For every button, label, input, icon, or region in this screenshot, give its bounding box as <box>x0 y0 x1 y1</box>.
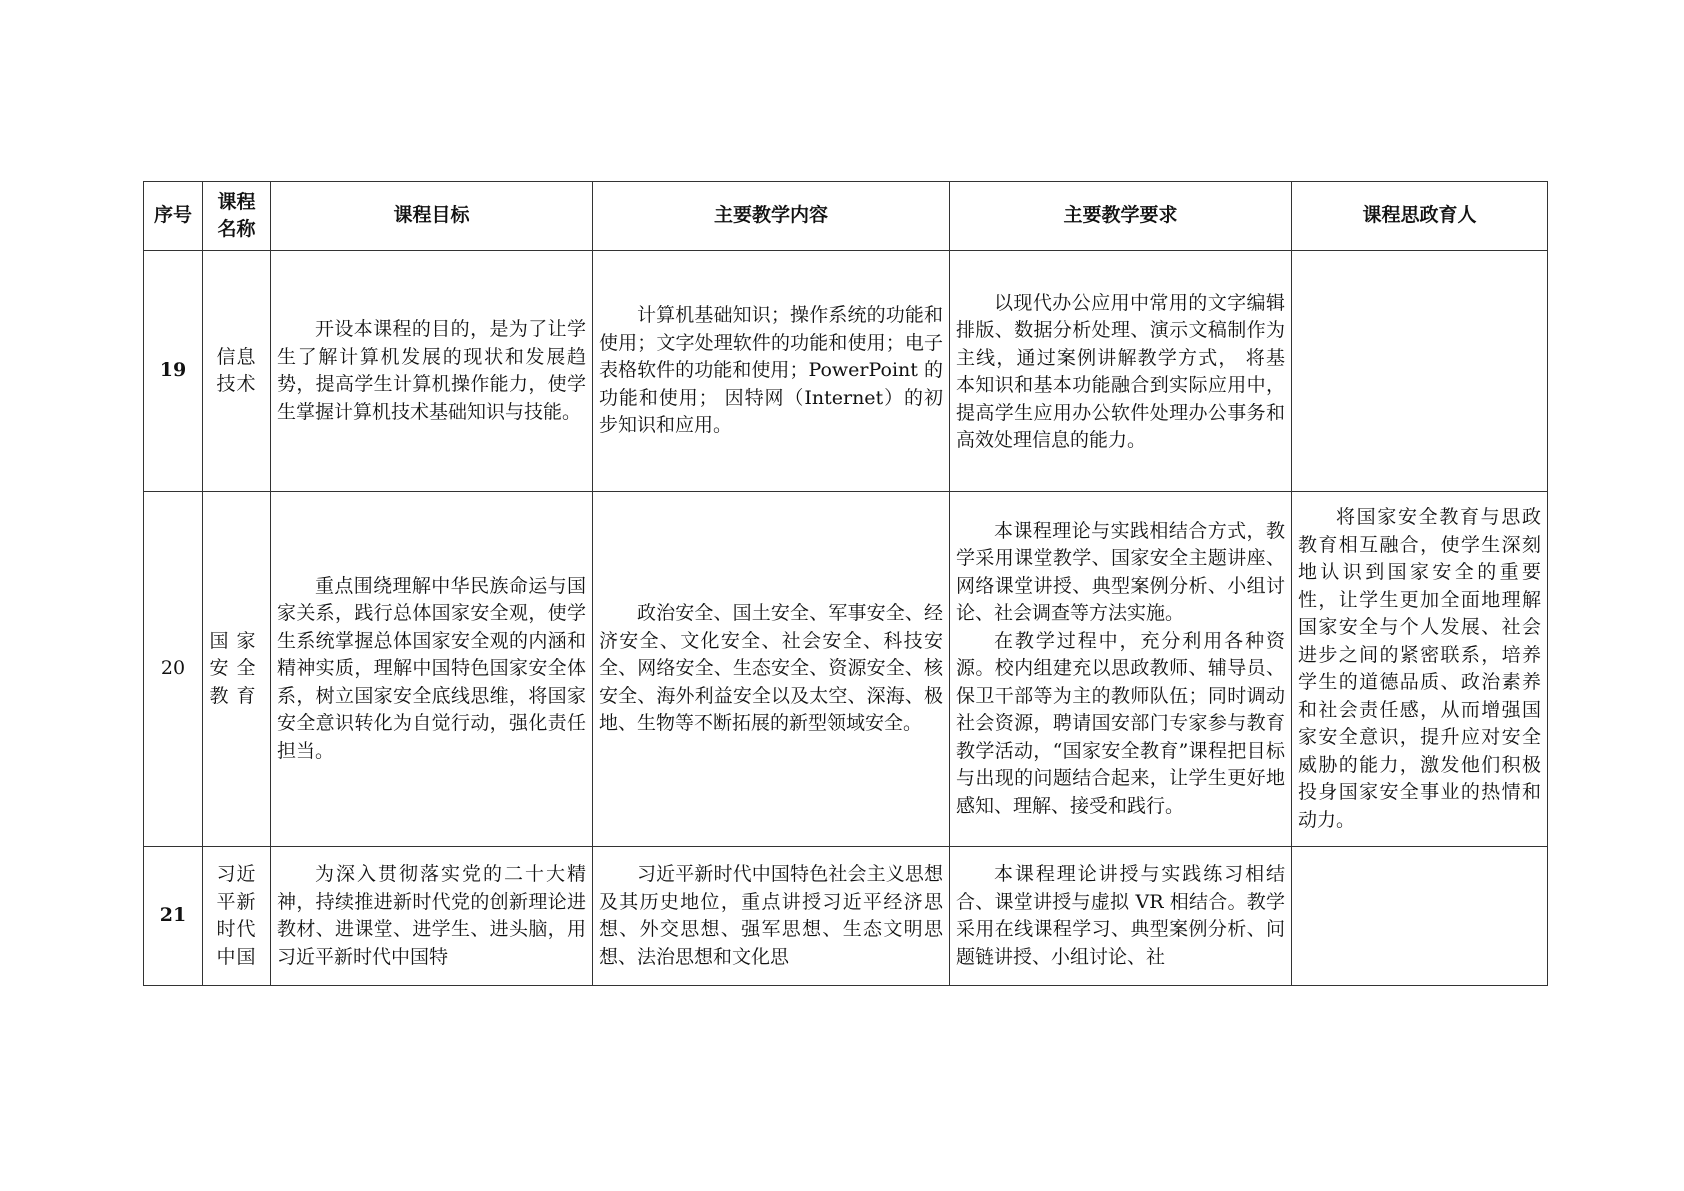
header-ideology: 课程思政育人 <box>1292 182 1548 251</box>
document-page: 序号 课程名称 课程目标 主要教学内容 主要教学要求 课程思政育人 19 信息技… <box>0 0 1684 1191</box>
course-requirements-text: 在教学过程中，充分利用各种资源。校内组建充以思政教师、辅导员、保卫干部等为主的教… <box>956 628 1285 821</box>
course-requirements: 本课程理论与实践相结合方式，教学采用课堂教学、国家安全主题讲座、网络课堂讲授、典… <box>950 492 1292 847</box>
course-goal: 重点围绕理解中华民族命运与国家关系，践行总体国家安全观，使学生系统掌握总体国家安… <box>271 492 593 847</box>
header-goal: 课程目标 <box>271 182 593 251</box>
header-course-name: 课程名称 <box>203 182 271 251</box>
row-index: 19 <box>144 251 203 492</box>
course-ideology <box>1292 847 1548 986</box>
course-content: 计算机基础知识；操作系统的功能和使用；文字处理软件的功能和使用；电子表格软件的功… <box>593 251 950 492</box>
course-name: 习近平新时代中国 <box>203 847 271 986</box>
row-index: 21 <box>144 847 203 986</box>
course-goal: 为深入贯彻落实党的二十大精神，持续推进新时代党的创新理论进教材、进课堂、进学生、… <box>271 847 593 986</box>
course-table: 序号 课程名称 课程目标 主要教学内容 主要教学要求 课程思政育人 19 信息技… <box>143 181 1548 986</box>
course-goal: 开设本课程的目的，是为了让学生了解计算机发展的现状和发展趋势，提高学生计算机操作… <box>271 251 593 492</box>
course-content: 政治安全、国土安全、军事安全、经济安全、文化安全、社会安全、科技安全、网络安全、… <box>593 492 950 847</box>
course-requirements: 本课程理论讲授与实践练习相结合、课堂讲授与虚拟 VR 相结合。教学采用在线课程学… <box>950 847 1292 986</box>
table-row: 21 习近平新时代中国 为深入贯彻落实党的二十大精神，持续推进新时代党的创新理论… <box>144 847 1548 986</box>
course-name: 国家安全教育 <box>203 492 271 847</box>
course-ideology: 将国家安全教育与思政教育相互融合，使学生深刻地认识到国家安全的重要性，让学生更加… <box>1292 492 1548 847</box>
course-ideology-text: 将国家安全教育与思政教育相互融合，使学生深刻地认识到国家安全的重要性，让学生更加… <box>1298 504 1541 834</box>
course-goal-text: 开设本课程的目的，是为了让学生了解计算机发展的现状和发展趋势，提高学生计算机操作… <box>277 316 586 426</box>
header-index: 序号 <box>144 182 203 251</box>
table-row: 20 国家安全教育 重点围绕理解中华民族命运与国家关系，践行总体国家安全观，使学… <box>144 492 1548 847</box>
header-requirements: 主要教学要求 <box>950 182 1292 251</box>
table-row: 19 信息技术 开设本课程的目的，是为了让学生了解计算机发展的现状和发展趋势，提… <box>144 251 1548 492</box>
course-content-text: 政治安全、国土安全、军事安全、经济安全、文化安全、社会安全、科技安全、网络安全、… <box>599 600 943 738</box>
course-ideology <box>1292 251 1548 492</box>
course-requirements-text: 本课程理论与实践相结合方式，教学采用课堂教学、国家安全主题讲座、网络课堂讲授、典… <box>956 518 1285 628</box>
table-header-row: 序号 课程名称 课程目标 主要教学内容 主要教学要求 课程思政育人 <box>144 182 1548 251</box>
header-content: 主要教学内容 <box>593 182 950 251</box>
course-name: 信息技术 <box>203 251 271 492</box>
course-goal-text: 为深入贯彻落实党的二十大精神，持续推进新时代党的创新理论进教材、进课堂、进学生、… <box>277 861 586 971</box>
course-requirements-text: 本课程理论讲授与实践练习相结合、课堂讲授与虚拟 VR 相结合。教学采用在线课程学… <box>956 861 1285 971</box>
course-content-text: 计算机基础知识；操作系统的功能和使用；文字处理软件的功能和使用；电子表格软件的功… <box>599 302 943 440</box>
course-goal-text: 重点围绕理解中华民族命运与国家关系，践行总体国家安全观，使学生系统掌握总体国家安… <box>277 573 586 766</box>
course-requirements-text: 以现代办公应用中常用的文字编辑排版、数据分析处理、演示文稿制作为主线，通过案例讲… <box>956 290 1285 455</box>
course-content: 习近平新时代中国特色社会主义思想及其历史地位，重点讲授习近平经济思想、外交思想、… <box>593 847 950 986</box>
course-content-text: 习近平新时代中国特色社会主义思想及其历史地位，重点讲授习近平经济思想、外交思想、… <box>599 861 943 971</box>
course-requirements: 以现代办公应用中常用的文字编辑排版、数据分析处理、演示文稿制作为主线，通过案例讲… <box>950 251 1292 492</box>
row-index: 20 <box>144 492 203 847</box>
